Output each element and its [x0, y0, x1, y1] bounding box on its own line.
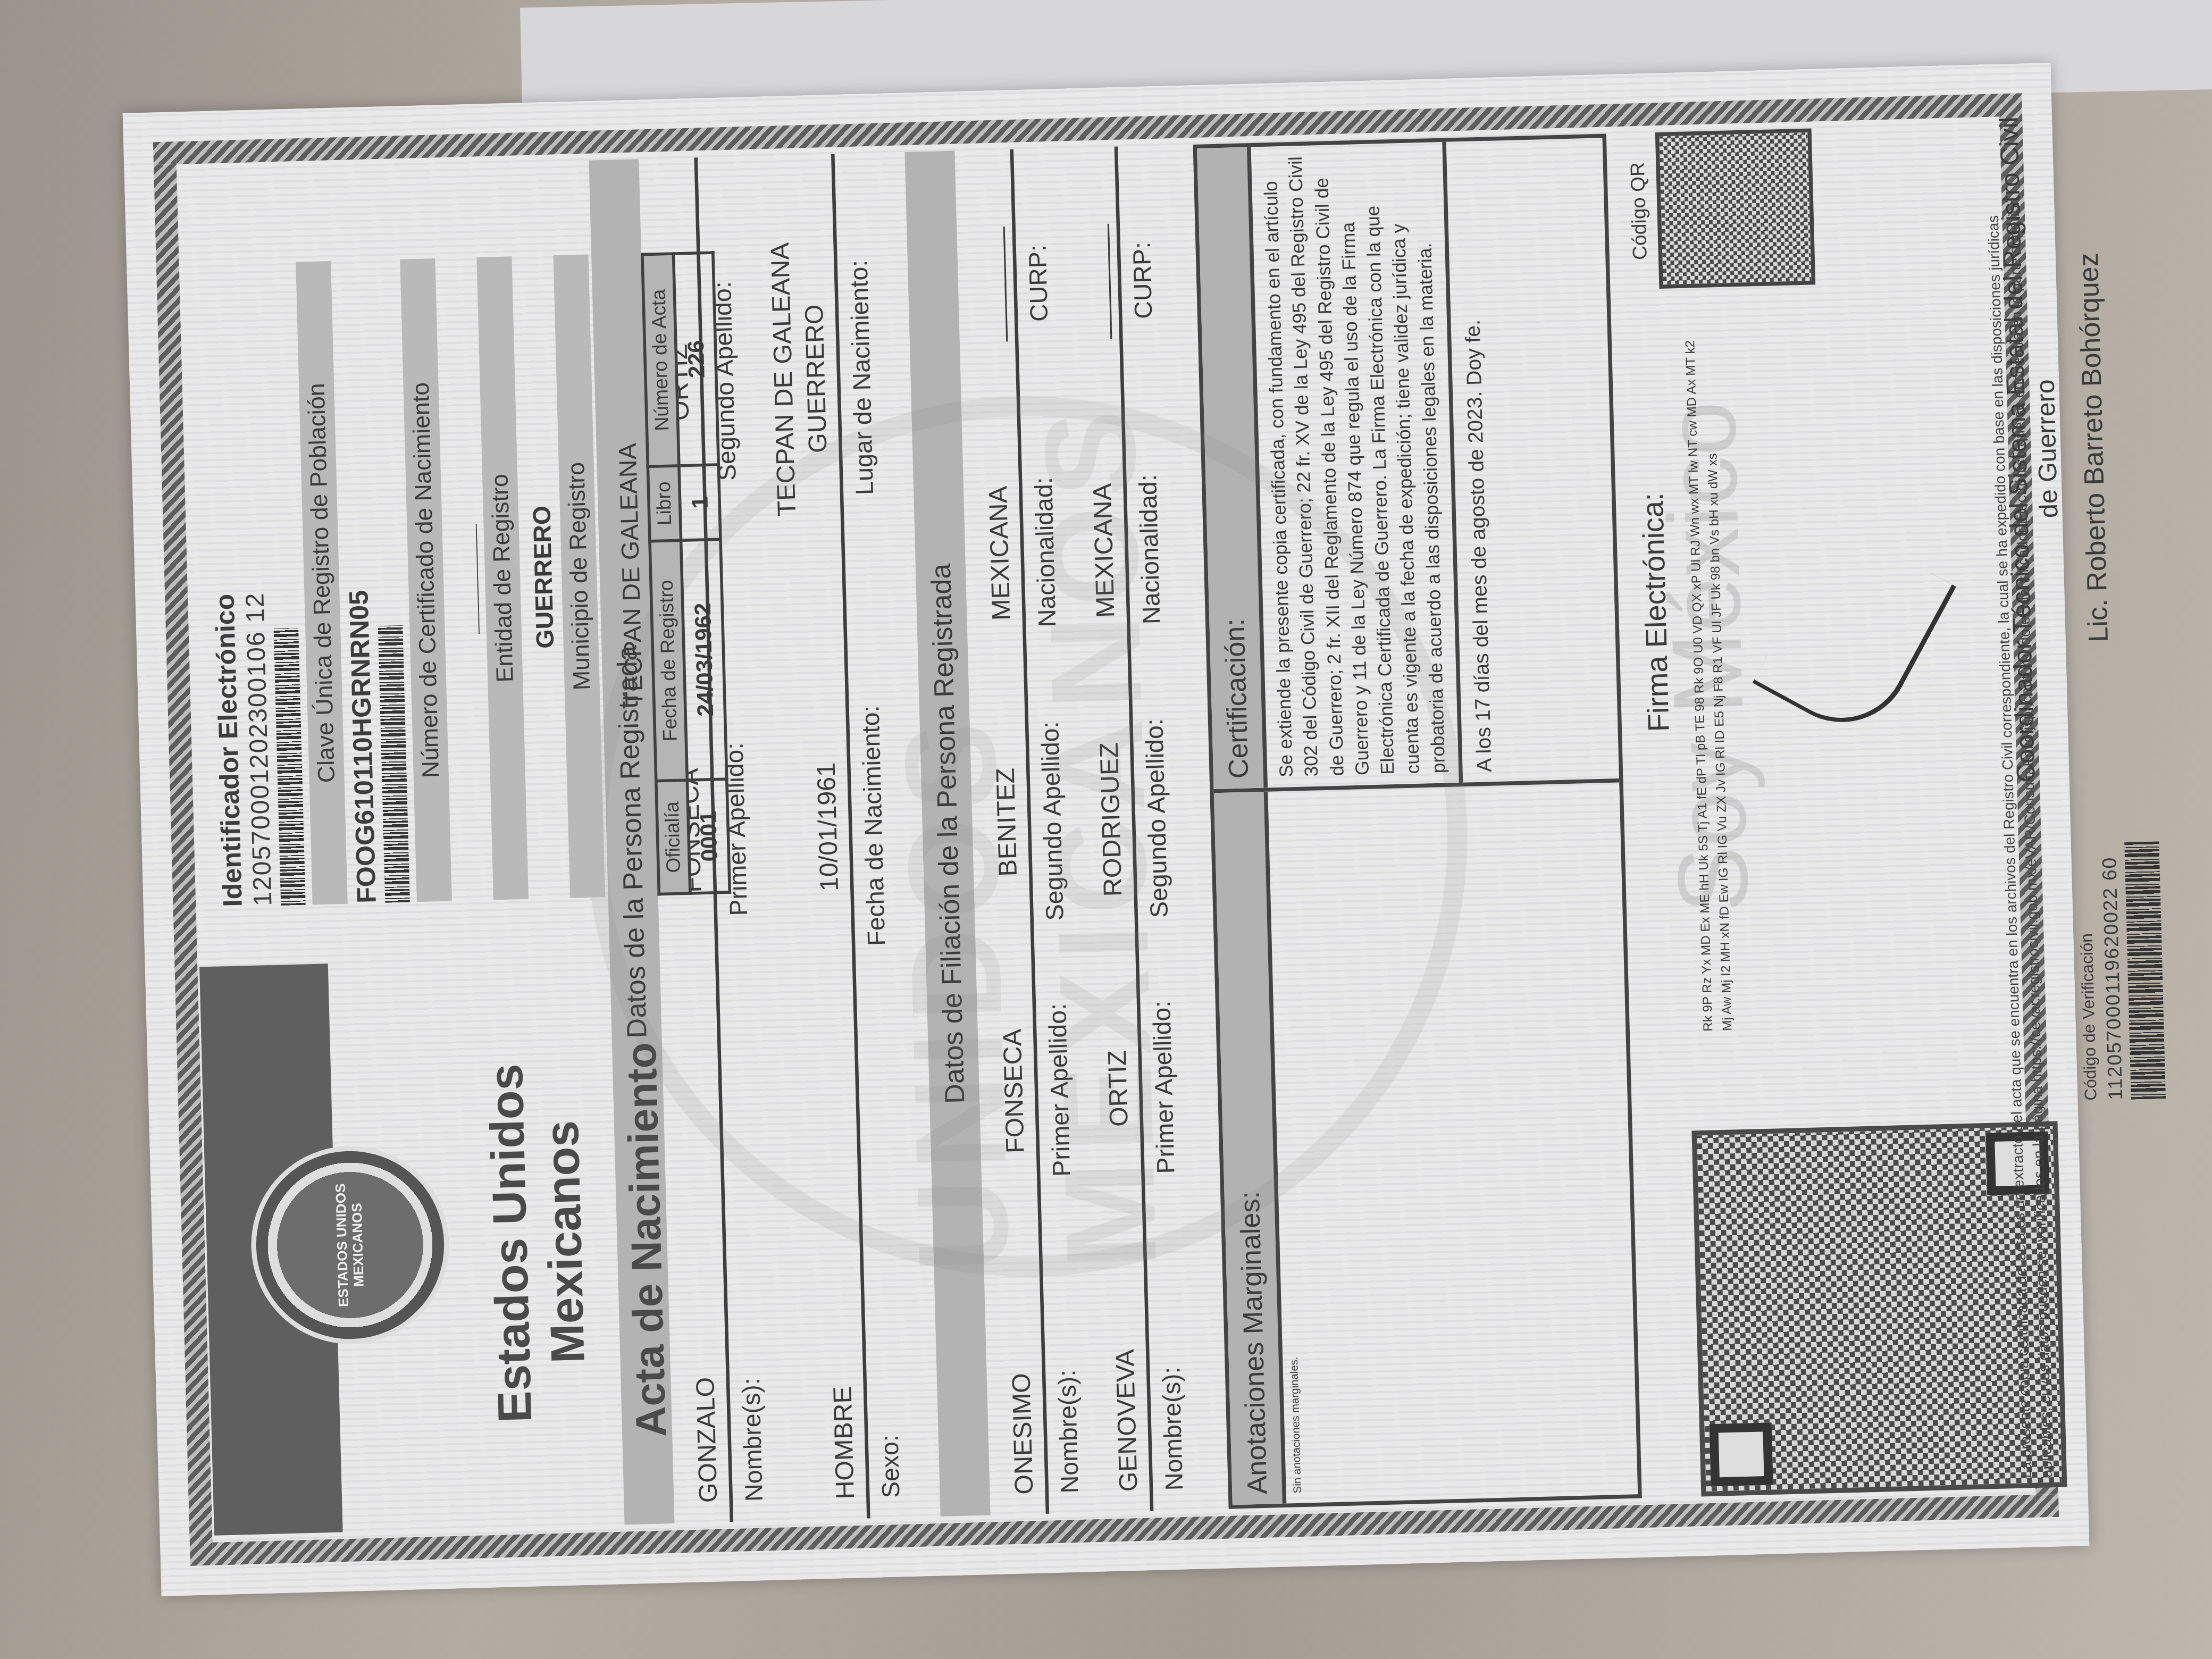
header-libro: Libro: [648, 466, 681, 541]
father-curp-label: CURP:: [1020, 148, 1056, 418]
curp-barcode: [378, 625, 410, 903]
document-header: ESTADOS UNIDOS MEXICANOS Estados Unidos …: [179, 161, 590, 1535]
value-libro: 1: [679, 465, 720, 540]
verification-barcode: [2124, 842, 2166, 1100]
father-curp: ________: [975, 149, 1011, 419]
header-numero-acta: Número de Acta: [642, 254, 679, 467]
value-oficialia: 0001: [687, 779, 730, 893]
certificate-number-label: Número de Certificado de Nacimiento: [400, 258, 452, 902]
verification-code: 112057000119620022 60: [2098, 842, 2127, 1100]
qr-code-label: Código QR: [1626, 132, 1653, 289]
country-title: Estados Unidos Mexicanos: [476, 957, 600, 1528]
qr-code-small-icon: [1655, 128, 1815, 288]
signature-area: Firma Electrónica: Rk 9P Rz Yx MD Ex ME …: [1626, 120, 2156, 1497]
header-oficialia: Oficialía: [656, 780, 690, 894]
electronic-signature-code: Rk 9P Rz Yx MD Ex ME hH Uk 5S Tj A1 fE d…: [1680, 339, 1739, 1091]
verification-block: Código de Verificación 11205700011962002…: [2075, 842, 2166, 1101]
value-numero-acta: 226: [673, 253, 718, 466]
mother-curp-label: CURP:: [1125, 146, 1160, 415]
electronic-id-barcode: [274, 628, 306, 906]
birth-certificate-document: UNIDOS MEXICANOS Soy México ESTADOS UNID…: [123, 63, 2090, 1596]
mother-curp: ________: [1079, 147, 1116, 416]
identifiers-panel: Identificador Electrónico 12057000120230…: [179, 161, 575, 967]
value-fecha-registro: 24/03/1962: [681, 539, 727, 780]
certification-date: A los 17 días del mes de agosto de 2023.…: [1442, 138, 1619, 783]
